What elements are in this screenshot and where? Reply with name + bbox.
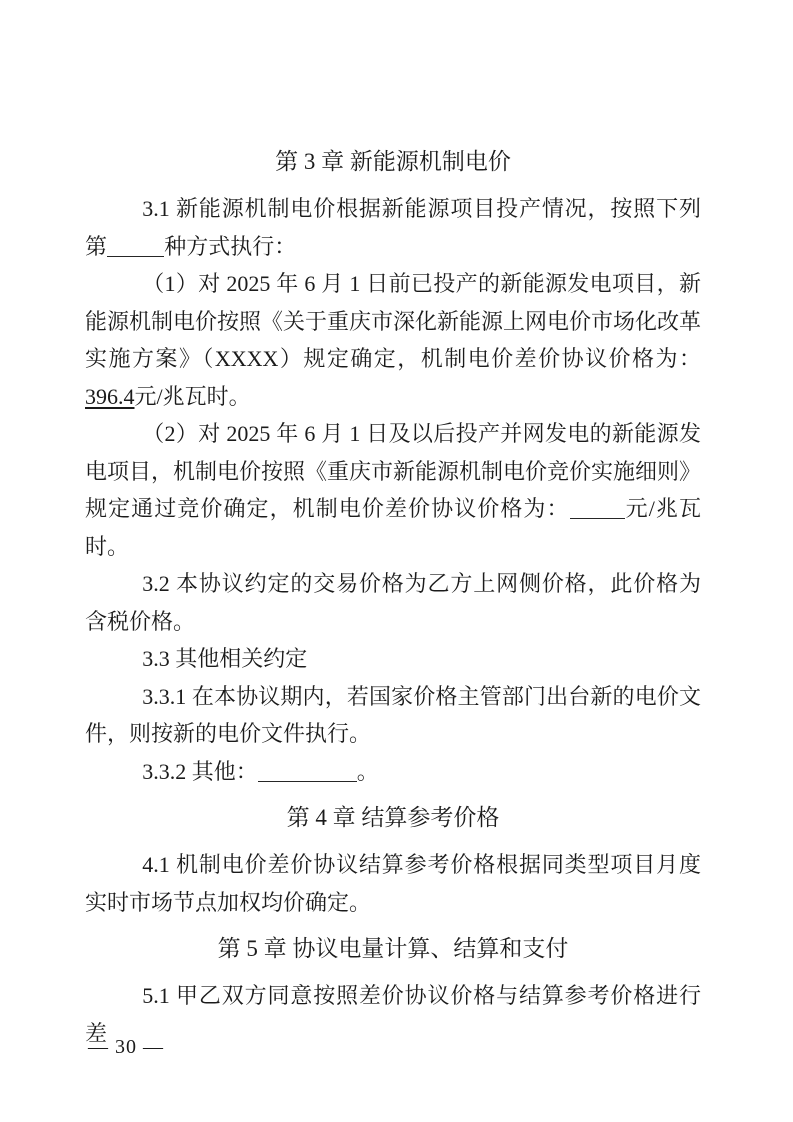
paragraph: 5.1 甲乙双方同意按照差价协议价格与结算参考价格进行差: [85, 977, 701, 1052]
text-run: 3.3 其他相关约定: [142, 646, 307, 671]
text-run: 第 4 章 结算参考价格: [287, 805, 500, 830]
blank-underline: [107, 255, 164, 257]
text-run: 第 5 章 协议电量计算、结算和支付: [218, 936, 569, 961]
text-run: 5.1 甲乙双方同意按照差价协议价格与结算参考价格进行差: [85, 983, 701, 1046]
paragraph: （2）对 2025 年 6 月 1 日及以后投产并网发电的新能源发电项目，机制电…: [85, 415, 701, 565]
text-run: （1）对 2025 年 6 月 1 日前已投产的新能源发电项目，新能源机制电价按…: [85, 271, 701, 371]
document-page: 第 3 章 新能源机制电价3.1 新能源机制电价根据新能源项目投产情况，按照下列…: [0, 0, 793, 1122]
document-body: 第 3 章 新能源机制电价3.1 新能源机制电价根据新能源项目投产情况，按照下列…: [85, 134, 701, 1052]
text-run: 第 3 章 新能源机制电价: [275, 149, 511, 174]
text-run: 4.1 机制电价差价协议结算参考价格根据同类型项目月度实时市场节点加权均价确定。: [85, 852, 701, 915]
paragraph: 3.3.2 其他：。: [85, 753, 701, 791]
text-run: 3.3.1 在本协议期内，若国家价格主管部门出台新的电价文件，则按新的电价文件执…: [85, 684, 701, 747]
text-run: （2）对 2025 年 6 月 1 日及以后投产并网发电的新能源发电项目，机制电…: [85, 421, 701, 521]
text-run: 3.3.2 其他：: [142, 759, 258, 784]
text-run: 种方式执行：: [164, 234, 296, 259]
blank-underline: [570, 517, 625, 519]
text-run: 元/兆瓦时。: [135, 384, 251, 409]
paragraph: 3.1 新能源机制电价根据新能源项目投产情况，按照下列第种方式执行：: [85, 190, 701, 265]
paragraph: 4.1 机制电价差价协议结算参考价格根据同类型项目月度实时市场节点加权均价确定。: [85, 846, 701, 921]
text-run: 。: [357, 759, 379, 784]
paragraph: 3.3 其他相关约定: [85, 640, 701, 678]
paragraph: 3.2 本协议约定的交易价格为乙方上网侧价格，此价格为含税价格。: [85, 565, 701, 640]
paragraph: （1）对 2025 年 6 月 1 日前已投产的新能源发电项目，新能源机制电价按…: [85, 265, 701, 415]
blank-underline: [258, 780, 357, 782]
chapter-heading: 第 4 章 结算参考价格: [85, 798, 701, 838]
page-number: — 30 —: [88, 1033, 164, 1061]
paragraph: 3.3.1 在本协议期内，若国家价格主管部门出台新的电价文件，则按新的电价文件执…: [85, 678, 701, 753]
chapter-heading: 第 5 章 协议电量计算、结算和支付: [85, 929, 701, 969]
text-run: 3.2 本协议约定的交易价格为乙方上网侧价格，此价格为含税价格。: [85, 571, 701, 634]
underlined-value: 396.4: [85, 384, 135, 409]
chapter-heading: 第 3 章 新能源机制电价: [85, 142, 701, 182]
